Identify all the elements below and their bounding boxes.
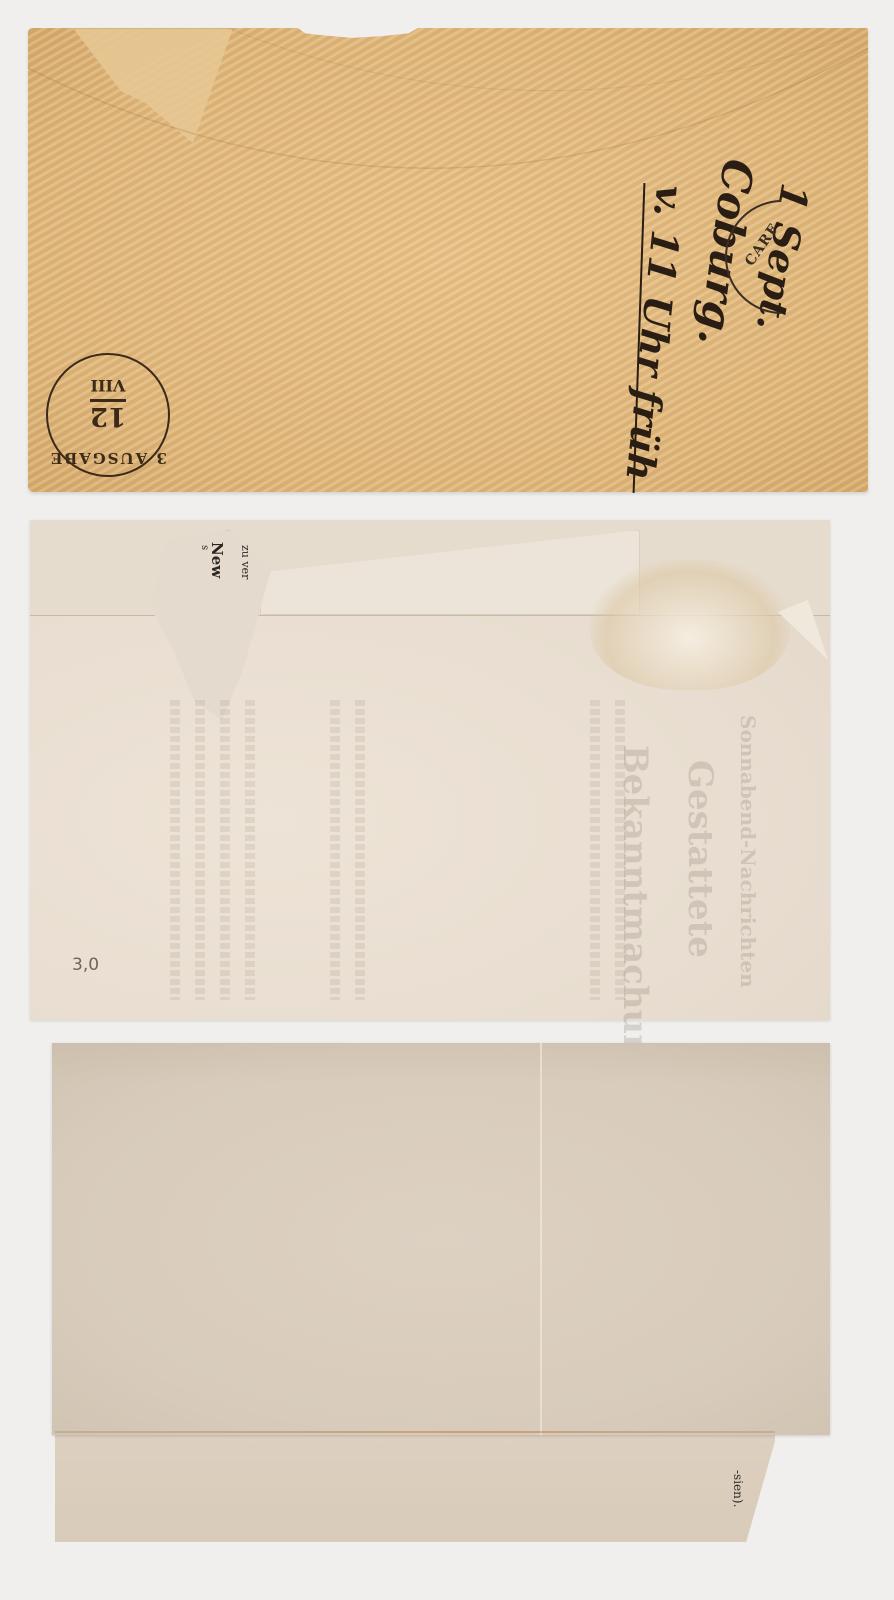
show-through-text-column bbox=[355, 700, 365, 1000]
show-through-text-column bbox=[170, 700, 180, 1000]
pencil-note: 3,0 bbox=[72, 955, 99, 975]
show-through-text-column bbox=[245, 700, 255, 1000]
show-through-text-column bbox=[195, 700, 205, 1000]
print-fragment-zu-ver: zu ver bbox=[239, 545, 252, 579]
glue-stain bbox=[590, 560, 790, 690]
folded-letter bbox=[52, 1043, 830, 1435]
torn-edge bbox=[298, 28, 418, 46]
postmark-day: 12 bbox=[48, 401, 168, 431]
handwritten-annotation: 1 Sept. Coburg. v. 11 Uhr früh bbox=[598, 163, 848, 483]
letter-top-edge bbox=[52, 1043, 830, 1083]
show-through-text-column bbox=[220, 700, 230, 1000]
print-fragment-new: New bbox=[208, 542, 226, 578]
postmark-month: VIII bbox=[48, 376, 168, 395]
envelope-flap bbox=[73, 28, 233, 143]
show-through-text-column bbox=[330, 700, 340, 1000]
show-through-heading: Sonnabend-Nachrichten bbox=[736, 715, 760, 988]
show-through-heading: Bekanntmachung bbox=[615, 745, 655, 1083]
horizontal-fold-crease bbox=[55, 1431, 775, 1433]
show-through-text-column bbox=[590, 700, 600, 1000]
newspaper-wrapper: s New zu ver Sonnabend-Nachrichten Gesta… bbox=[30, 520, 830, 1020]
postmark-divider bbox=[90, 399, 126, 402]
vertical-fold-crease bbox=[540, 1043, 542, 1435]
postmark-stamp: 3 AUSGABE 12 VIII bbox=[46, 353, 170, 477]
postmark-arc-text: 3 AUSGABE bbox=[48, 449, 168, 467]
handwriting-line-3: v. 11 Uhr früh bbox=[617, 183, 693, 483]
print-fragment-sien: -sien). bbox=[731, 1470, 745, 1507]
folded-letter-back-panel bbox=[55, 1430, 775, 1542]
show-through-heading: Gestattete bbox=[680, 760, 720, 958]
